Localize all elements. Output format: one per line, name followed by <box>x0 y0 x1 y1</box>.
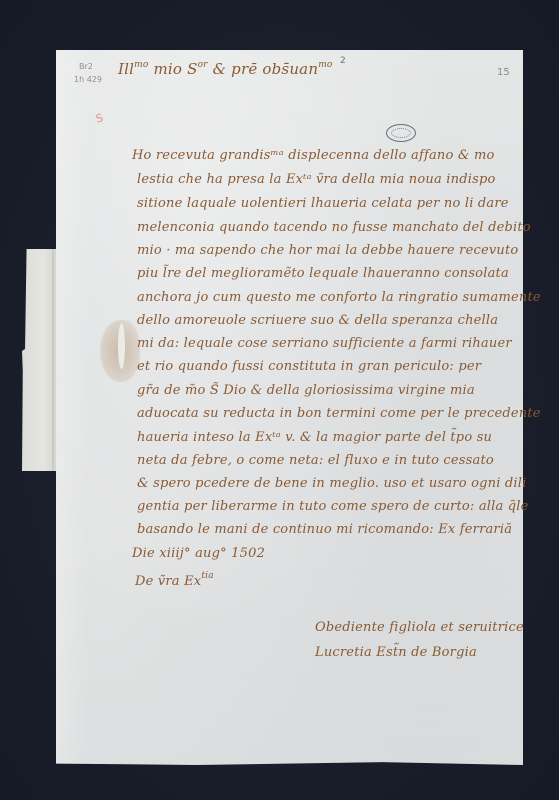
paper-tear <box>118 323 125 369</box>
closing-sup: tia <box>201 571 213 581</box>
paper-guard-strip <box>22 249 60 471</box>
body-line: gentia per liberarme in tuto come spero … <box>137 499 529 514</box>
body-line: neta da febre, o come neta: el fluxo e i… <box>137 453 494 468</box>
salutation-part: Ill <box>118 60 134 78</box>
body-line: & spero pcedere de bene in meglio. uso e… <box>137 476 527 491</box>
body-line: anchora jo cum questo me conforto la rin… <box>137 290 541 305</box>
body-line: melenconia quando tacendo no fusse manch… <box>137 220 531 235</box>
body-line: mio · ma sapendo che hor mai la debbe ha… <box>137 243 518 258</box>
salutation: Illmo mio Sor & prē obs̄uanmo <box>118 60 333 78</box>
closing-text: De ṽra Ex <box>135 574 201 589</box>
closing: De ṽra Extia <box>135 571 214 589</box>
body-line: sitione laquale uolentieri lhaueria cela… <box>137 196 509 211</box>
scan-viewport: Br2 1h 429 S 2 15 Illmo mio Sor & prē ob… <box>0 0 559 800</box>
body-line: Ho recevuta grandisᵐᵃ displecenna dello … <box>132 148 495 163</box>
salutation-sup: or <box>198 60 208 70</box>
pencil-shelfmark-2: 1h 429 <box>74 75 102 84</box>
page-number: 2 <box>340 56 346 66</box>
archive-stamp-icon <box>386 124 416 142</box>
body-line: et rio quando fussi constituta in gran p… <box>137 359 481 374</box>
salutation-sup: mo <box>318 60 332 70</box>
body-line: piu l̃re del meglioramẽto lequale lhaue… <box>137 266 509 281</box>
date-line: Die xiiij° aug° 1502 <box>132 546 265 561</box>
pencil-shelfmark-1: Br2 <box>79 62 93 71</box>
page-fold-shading <box>56 50 90 765</box>
salutation-sup: mo <box>134 60 148 70</box>
body-line: aduocata su reducta in bon termini come … <box>137 406 541 421</box>
body-line: dello amoreuole scriuere suo & della spe… <box>137 313 498 328</box>
salutation-part: mio S <box>148 60 197 78</box>
body-line: basando le mani de continuo mi ricomando… <box>137 522 512 537</box>
body-line: gr̃a de m̃o S̃ Dio & della gloriosissima… <box>137 383 475 398</box>
salutation-part: & prē obs̄uan <box>208 60 319 78</box>
signature-line-1: Obediente figliola et seruitrice <box>315 620 524 635</box>
folio-number: 15 <box>497 67 510 78</box>
body-line: haueria inteso la Exᵗᵃ v. & la magior pa… <box>137 430 492 445</box>
body-line: mi da: lequale cose serriano sufficiente… <box>137 336 512 351</box>
body-line: lestia che ha presa la Exᵗᵃ ṽra della m… <box>137 172 496 187</box>
signature-line-2: Lucretia Est̃n de Borgia <box>315 645 477 660</box>
